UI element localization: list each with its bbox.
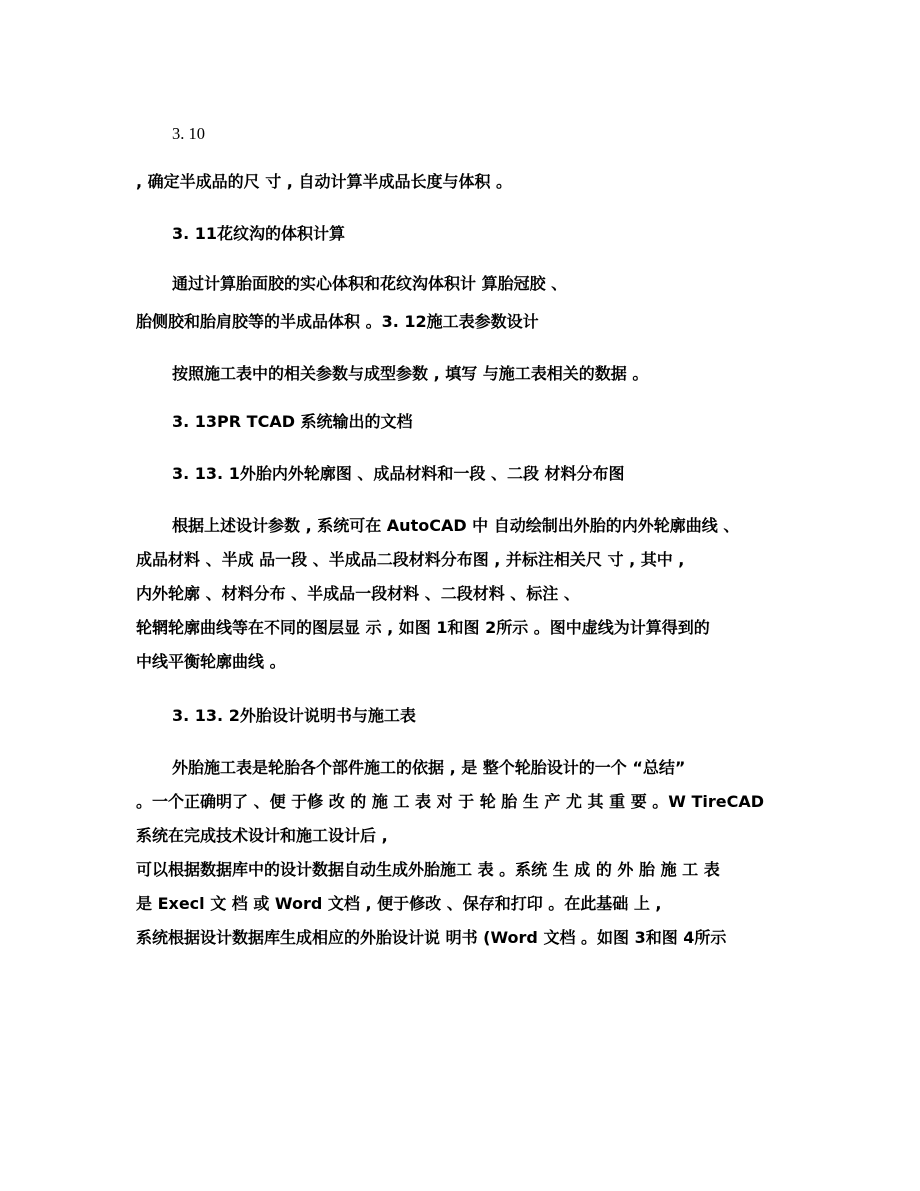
paragraph-line: 按照施工表中的相关参数与成型参数 , 填写 与施工表相关的数据 。 — [172, 364, 648, 384]
paragraph-line: 轮辋轮廓曲线等在不同的图层显 示 , 如图 1和图 2所示 。图中虚线为计算得到… — [136, 618, 710, 638]
paragraph-line: 系统根据设计数据库生成相应的外胎设计说 明书 (Word 文档 。如图 3和图 … — [136, 928, 726, 948]
paragraph-line: 通过计算胎面胶的实心体积和花纹沟体积计 算胎冠胶 、 — [172, 274, 567, 294]
paragraph-line: 中线平衡轮廓曲线 。 — [136, 652, 286, 672]
section-heading-3-13-2: 3. 13. 2外胎设计说明书与施工表 — [172, 706, 416, 726]
section-heading-3-11: 3. 11花纹沟的体积计算 — [172, 224, 345, 244]
paragraph-line: 可以根据数据库中的设计数据自动生成外胎施工 表 。系统 生 成 的 外 胎 施 … — [136, 860, 720, 880]
paragraph-line: 。一个正确明了 、便 于修 改 的 施 工 表 对 于 轮 胎 生 产 尤 其 … — [136, 792, 764, 812]
paragraph-line: 根据上述设计参数 , 系统可在 AutoCAD 中 自动绘制出外胎的内外轮廓曲线… — [172, 516, 739, 536]
paragraph-line: 成品材料 、半成 品一段 、半成品二段材料分布图 , 并标注相关尺 寸 , 其中… — [136, 550, 684, 570]
paragraph-line: 内外轮廓 、材料分布 、半成品一段材料 、二段材料 、标注 、 — [136, 584, 580, 604]
paragraph-line: 是 Execl 文 档 或 Word 文档 , 便于修改 、保存和打印 。在此基… — [136, 894, 662, 914]
paragraph-line: 胎侧胶和胎肩胶等的半成品体积 。3. 12施工表参数设计 — [136, 312, 539, 332]
section-heading-3-13: 3. 13PR TCAD 系统输出的文档 — [172, 412, 413, 432]
paragraph-line: 外胎施工表是轮胎各个部件施工的依据 , 是 整个轮胎设计的一个 “总结” — [172, 758, 685, 778]
paragraph-line: , 确定半成品的尺 寸 , 自动计算半成品长度与体积 。 — [136, 172, 512, 192]
section-heading-3-13-1: 3. 13. 1外胎内外轮廓图 、成品材料和一段 、二段 材料分布图 — [172, 464, 625, 484]
section-heading-3-10: 3. 10 — [172, 124, 205, 144]
paragraph-line: 系统在完成技术设计和施工设计后 , — [136, 826, 388, 846]
